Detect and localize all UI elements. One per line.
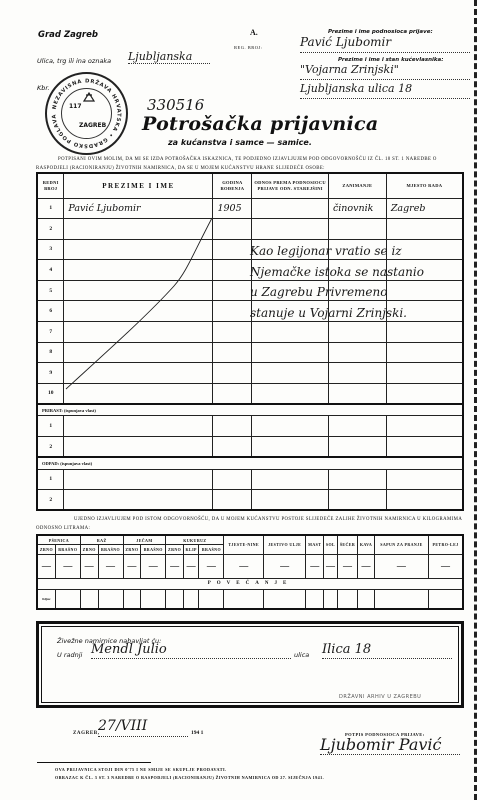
increase-cell[interactable]: [123, 589, 141, 609]
official-stamp: NEZAVISNA DRŽAVA HRVATSKA • GRADSKO POGL…: [45, 72, 128, 155]
row-number: 2: [37, 219, 64, 240]
supply-value[interactable]: —: [80, 554, 98, 578]
supplies-declaration: UJEDNO IZJAVLJUJEM POD ISTOM ODGOVORNOŠĆ…: [36, 515, 470, 533]
birth-year-cell[interactable]: [213, 363, 252, 384]
supply-value[interactable]: —: [263, 554, 305, 578]
increase-cell[interactable]: [306, 589, 324, 609]
street-label: Ulica, trg ili ina oznaka: [37, 57, 111, 65]
sub-header: ZRNO: [37, 545, 55, 555]
relation-cell[interactable]: [252, 416, 329, 437]
column-header: SOL: [324, 535, 338, 554]
increase-values-row: Kljuc: [37, 589, 463, 609]
workplace-cell[interactable]: [386, 363, 463, 384]
sub-header: BRAŠNO: [199, 545, 224, 555]
table-row: 1: [37, 469, 463, 490]
occupation-cell[interactable]: [328, 219, 386, 240]
increase-cell[interactable]: [166, 589, 184, 609]
row-number: 3: [37, 239, 64, 260]
group-header: KUKURUZ: [166, 535, 224, 545]
column-header: GODINA ROĐENJA: [213, 173, 252, 198]
supply-value[interactable]: —: [183, 554, 198, 578]
row-number: 1: [37, 469, 64, 490]
street-field[interactable]: Ljubljanska: [128, 50, 210, 64]
supply-value[interactable]: —: [429, 554, 463, 578]
declaration-text: POTPISANI OVIM MOLIM, DA MI SE IZDA POTR…: [36, 155, 470, 173]
group-header: RAŽ: [80, 535, 123, 545]
sub-header: ZRNO: [166, 545, 184, 555]
row-number: 4: [37, 260, 64, 281]
increase-cell[interactable]: [358, 589, 375, 609]
occupation-cell[interactable]: [328, 490, 386, 511]
birth-year-cell[interactable]: [213, 383, 252, 404]
purchase-box: Živežne namirnice nabavljat ću: U radnji…: [36, 621, 464, 708]
workplace-cell[interactable]: [386, 490, 463, 511]
increase-cell[interactable]: [183, 589, 198, 609]
relation-cell[interactable]: [252, 219, 329, 240]
supply-value[interactable]: —: [374, 554, 428, 578]
relation-cell[interactable]: [252, 198, 329, 219]
relation-cell[interactable]: [252, 469, 329, 490]
place-label: ZAGREB,: [73, 731, 100, 736]
supply-value[interactable]: —: [358, 554, 375, 578]
table-header-row: REDNI BROJ PREZIME I IME GODINA ROĐENJA …: [37, 173, 463, 198]
footnote-divider: [37, 762, 151, 763]
supply-value[interactable]: —: [141, 554, 166, 578]
relation-cell[interactable]: [252, 363, 329, 384]
workplace-cell[interactable]: [386, 383, 463, 404]
supply-value[interactable]: —: [306, 554, 324, 578]
birth-year-cell[interactable]: [213, 260, 252, 281]
group-header: PŠENICA: [37, 535, 80, 545]
increase-cell[interactable]: [337, 589, 357, 609]
increase-cell[interactable]: [429, 589, 463, 609]
archive-stamp: DRŽAVNI ARHIV U ZAGREBU: [339, 694, 421, 700]
supply-value[interactable]: —: [324, 554, 338, 578]
note-line: Njemačke istoka se nastanio: [250, 262, 464, 283]
occupation-cell[interactable]: [328, 416, 386, 437]
increase-cell[interactable]: [263, 589, 305, 609]
column-header: ŠEĆER: [337, 535, 357, 554]
column-header: PREZIME I IME: [64, 173, 213, 198]
birth-year-cell[interactable]: [213, 416, 252, 437]
supply-value[interactable]: —: [123, 554, 141, 578]
odpad-label: ODPAD: (ispunjava vlast): [37, 457, 463, 469]
birth-year-cell[interactable]: [213, 437, 252, 458]
birth-year-cell[interactable]: [213, 239, 252, 260]
table-row: 1: [37, 416, 463, 437]
odpad-section-header: ODPAD: (ispunjava vlast): [37, 457, 463, 469]
row-number: 6: [37, 301, 64, 322]
shop-field[interactable]: Mendl Julio: [91, 642, 291, 659]
sub-header: BRAŠNO: [141, 545, 166, 555]
group-header: JEČAM: [123, 535, 166, 545]
supply-value[interactable]: —: [224, 554, 263, 578]
workplace-cell[interactable]: [386, 437, 463, 458]
note-line: stanuje u Vojarni Zrinjski.: [250, 303, 464, 324]
birth-year-cell[interactable]: [213, 280, 252, 301]
increase-cell[interactable]: [324, 589, 338, 609]
name-cell[interactable]: [64, 469, 213, 490]
increase-label: POVEĆANJE: [37, 578, 463, 589]
row-number: 2: [37, 490, 64, 511]
workplace-cell[interactable]: Zagreb: [386, 198, 463, 219]
note-line: u Zagrebu Privremeno: [250, 282, 464, 303]
applicant-field[interactable]: Pavić Ljubomir: [300, 35, 470, 53]
workplace-cell[interactable]: [386, 469, 463, 490]
sub-header: BRAŠNO: [55, 545, 80, 555]
workplace-cell[interactable]: [386, 342, 463, 363]
increase-row-label: Kljuc: [37, 589, 55, 609]
birth-year-cell[interactable]: [213, 490, 252, 511]
occupation-cell[interactable]: [328, 437, 386, 458]
workplace-cell[interactable]: [386, 416, 463, 437]
row-number: 8: [37, 342, 64, 363]
name-cell[interactable]: [64, 437, 213, 458]
handwritten-note: Kao legijonar vratio se iz Njemačke isto…: [250, 241, 464, 323]
relation-cell[interactable]: [252, 342, 329, 363]
form-letter: A.: [250, 28, 258, 37]
row-number: 1: [37, 416, 64, 437]
regulation-footnote: OBRAZAC K ČL. 3 ST. 3 NAREDBE O RASPODJE…: [55, 775, 324, 780]
row-number: 10: [37, 383, 64, 404]
sub-header: BRAŠNO: [98, 545, 123, 555]
name-cell[interactable]: [64, 490, 213, 511]
signature-field[interactable]: Ljubomir Pavić: [320, 735, 460, 755]
relation-cell[interactable]: [252, 437, 329, 458]
column-header: ODNOS PREMA PODNOSIOCU PRIJAVE ODN. STAR…: [252, 173, 329, 198]
increase-cell[interactable]: [224, 589, 263, 609]
sub-header: ZRNO: [80, 545, 98, 555]
landlord-field[interactable]: "Vojarna Zrinjski": [300, 63, 470, 80]
date-field[interactable]: 27/VIII: [98, 718, 188, 737]
supply-value[interactable]: —: [55, 554, 80, 578]
prirast-section-header: PRIRAST: (ispunjava vlast): [37, 404, 463, 416]
occupation-cell[interactable]: [328, 469, 386, 490]
note-line: Kao legijonar vratio se iz: [250, 241, 464, 262]
birth-year-cell[interactable]: [213, 301, 252, 322]
column-header: PETRO-LEJ: [429, 535, 463, 554]
increase-cell[interactable]: [80, 589, 98, 609]
relation-cell[interactable]: [252, 490, 329, 511]
increase-cell[interactable]: [141, 589, 166, 609]
row-number: 2: [37, 437, 64, 458]
supplies-group-header-row: PŠENICA RAŽ JEČAM KUKURUZ TJESTE-NINE JE…: [37, 535, 463, 545]
year-label: 194 1: [191, 730, 203, 736]
table-row: 2: [37, 490, 463, 511]
row-number: 7: [37, 322, 64, 343]
column-header: SAPUN ZA PRANJE: [374, 535, 428, 554]
column-header: KAVA: [358, 535, 375, 554]
occupation-cell[interactable]: [328, 363, 386, 384]
supply-value[interactable]: —: [337, 554, 357, 578]
occupation-cell[interactable]: [328, 342, 386, 363]
supplies-values-row: — — — — — — — — — — — — — — — — —: [37, 554, 463, 578]
stamp-city: ZAGREB: [79, 122, 106, 129]
sub-header: ZRNO: [123, 545, 141, 555]
increase-cell[interactable]: [98, 589, 123, 609]
birth-year-cell[interactable]: [213, 219, 252, 240]
price-footnote: OVA PRIJAVNICA STOJI DIN 0'75 I NE SMIJE…: [55, 767, 227, 772]
supply-value[interactable]: —: [166, 554, 184, 578]
workplace-cell[interactable]: [386, 322, 463, 343]
relation-cell[interactable]: [252, 383, 329, 404]
shop-street-label: ulica: [294, 651, 309, 659]
coat-of-arms-icon: [82, 91, 96, 103]
name-cell[interactable]: [64, 416, 213, 437]
column-header: MAST: [306, 535, 324, 554]
increase-cell[interactable]: [374, 589, 428, 609]
supply-value[interactable]: —: [37, 554, 55, 578]
sub-header: KLIP: [183, 545, 198, 555]
column-header: ZANIMANJE: [328, 173, 386, 198]
increase-cell[interactable]: [55, 589, 80, 609]
reg-number-label: REG. BROJ:: [234, 45, 263, 50]
relation-cell[interactable]: [252, 322, 329, 343]
city-label: Grad Zagreb: [38, 30, 98, 40]
landlord-address-field[interactable]: Ljubljanska ulica 18: [300, 82, 470, 99]
supplies-table: PŠENICA RAŽ JEČAM KUKURUZ TJESTE-NINE JE…: [36, 534, 464, 610]
table-row: 2: [37, 437, 463, 458]
prirast-label: PRIRAST: (ispunjava vlast): [37, 404, 463, 416]
increase-header-row: POVEĆANJE: [37, 578, 463, 589]
column-header: JESTIVO ULJE: [263, 535, 305, 554]
increase-cell[interactable]: [199, 589, 224, 609]
workplace-cell[interactable]: [386, 219, 463, 240]
occupation-cell[interactable]: činovnik: [328, 198, 386, 219]
column-header: MJESTO RADA: [386, 173, 463, 198]
shop-street-field[interactable]: Ilica 18: [322, 642, 452, 659]
row-number: 1: [37, 198, 64, 219]
column-header: TJESTE-NINE: [224, 535, 263, 554]
serial-number: 330516: [147, 96, 204, 114]
shop-label: U radnji: [57, 651, 82, 659]
birth-year-cell[interactable]: [213, 322, 252, 343]
stamp-number: 117: [69, 103, 82, 110]
occupation-cell[interactable]: [328, 322, 386, 343]
cancel-stroke-icon: [62, 216, 217, 391]
column-header: REDNI BROJ: [37, 173, 64, 198]
supply-value[interactable]: —: [98, 554, 123, 578]
row-number: 5: [37, 280, 64, 301]
occupation-cell[interactable]: [328, 383, 386, 404]
birth-year-cell[interactable]: [213, 469, 252, 490]
birth-year-cell[interactable]: [213, 342, 252, 363]
form-subtitle: za kućanstva i samce — samice.: [168, 138, 312, 147]
row-number: 9: [37, 363, 64, 384]
birth-year-cell[interactable]: 1905: [213, 198, 252, 219]
supply-value[interactable]: —: [199, 554, 224, 578]
ration-registration-form: Grad Zagreb Ulica, trg ili ina oznaka Lj…: [0, 0, 477, 800]
form-title: Potrošačka prijavnica: [142, 113, 379, 135]
